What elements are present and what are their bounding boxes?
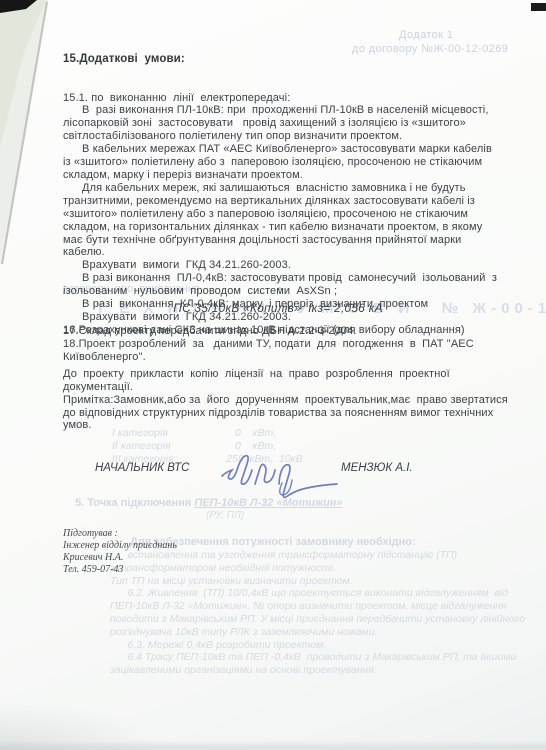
text-line: ізольованим нульовим проводом системи As… bbox=[63, 285, 503, 298]
section-15-heading: 15.Додаткові умови: bbox=[63, 53, 503, 66]
bleedthrough-point5-prefix: 5. Точка підключення bbox=[75, 497, 194, 509]
scanner-corner-black-mark bbox=[0, 0, 37, 13]
text-line: Врахувати вимоги ГКД 34.21.260-2003. bbox=[63, 259, 503, 272]
text-line: Тел. 459-07-43 bbox=[63, 564, 177, 576]
text-line: В кабельних мережах ПАТ «АЕС Київобленер… bbox=[63, 143, 503, 156]
text-line: роз'єднувача 10кВ типу РЛК з заземлюючим… bbox=[110, 626, 540, 639]
bleedthrough-connection-point: 5. Точка підключення ПЕП-10кВ Л-32 «Моти… bbox=[75, 497, 343, 509]
text-line: Тип ТП на місці установки визначити прое… bbox=[110, 575, 540, 588]
signer-name: МЕНЗЮК А.І. bbox=[341, 462, 413, 474]
bleedthrough-point5-sub: (РУ, ПЛ) bbox=[206, 510, 244, 521]
text-line: 6.4 Трасу ПЕП-10кВ та ПЕП -0,4кВ проводи… bbox=[110, 651, 540, 664]
scanner-background-corner bbox=[0, 0, 48, 266]
text-line: Київобленерго". bbox=[63, 351, 503, 364]
text-line: складом, на горизонтальних ділянках - ти… bbox=[63, 221, 503, 234]
text-line: 17.Склад проекту передбачити згідно ДБН … bbox=[63, 325, 503, 338]
text-line: В разі виконання ПЛ-10кВ: при проходженн… bbox=[63, 104, 503, 117]
text-line: має бути технічне обґрунтування доцільно… bbox=[63, 234, 503, 247]
text-line: Для кабельних мереж, які залишаються вла… bbox=[63, 182, 503, 195]
scanner-background-tint bbox=[0, 0, 46, 148]
text-line: 6.3. Мережі 0,4кВ розробити проектом. bbox=[110, 639, 540, 652]
text-line: транзитними, рекомендуємо на вертикальни… bbox=[63, 195, 503, 208]
note-lines: Примітка:Замовник,або за його дорученням… bbox=[63, 394, 508, 432]
text-line: погодити з Макарівським РП. У місці приє… bbox=[110, 613, 540, 626]
signer-position-title: НАЧАЛЬНИК ВТС bbox=[95, 462, 189, 474]
prepared-by-block: Підготував :Інженер відділу приєднаньКри… bbox=[63, 528, 177, 576]
text-line: до відповідних структурних підрозділів т… bbox=[63, 407, 508, 420]
bottom-left-paper-shadow bbox=[0, 704, 190, 750]
text-line: Примітка:Замовник,або за його дорученням… bbox=[63, 394, 508, 407]
text-line: лісопарковій зоні застосовувати провід з… bbox=[63, 117, 503, 130]
license-requirement-lines: До проекту прикласти копію ліцензії на п… bbox=[63, 368, 503, 393]
scanned-document-page: Додаток 1 до договору №Ж-00-12-0269 дого… bbox=[0, 0, 546, 750]
text-line: В разі виконання ПЛ-0,4кВ: застосовувати… bbox=[63, 272, 503, 285]
text-line: зацікавленими організаціями на основі пр… bbox=[110, 664, 540, 677]
text-line: Підготував : bbox=[63, 528, 177, 540]
text-line: ПЕП-10кВ Л-32 «Мотижин». № опори визначи… bbox=[110, 600, 540, 613]
bleedthrough-point5-line-name: ПЕП-10кВ Л-32 «Мотижин» bbox=[194, 497, 342, 509]
bottom-scan-shadow bbox=[0, 740, 546, 750]
paper-edge-diagonal bbox=[2, 2, 47, 264]
text-line: кабелю. bbox=[63, 246, 503, 259]
text-line: 6.2. Живлення (ТП) 10/0,4кВ що проектуєт… bbox=[110, 587, 540, 600]
substation-short-circuit-value: ПС 35/10кВ «Копилів» Ікз= 2,056 кА bbox=[63, 301, 493, 315]
text-line: До проекту прикласти копію ліцензії на п… bbox=[63, 368, 503, 381]
text-line: із «зшитого» поліетилену або з паперовою… bbox=[63, 156, 503, 169]
text-line: «зшитого» поліетилену або з паперовою із… bbox=[63, 208, 503, 221]
text-line: 15.1. по виконанню лінії електропередачі… bbox=[63, 92, 503, 105]
section-15-lines: 15.1. по виконанню лінії електропередачі… bbox=[63, 92, 503, 337]
text-line: документації. bbox=[63, 381, 503, 394]
handwritten-signature bbox=[218, 436, 346, 498]
text-line: світлостабілізованого поліетилену тип оп… bbox=[63, 130, 503, 143]
top-right-scan-mark bbox=[531, 3, 546, 11]
text-line: умов. bbox=[63, 419, 508, 432]
text-line: Крисевич Н.А. bbox=[63, 552, 177, 564]
text-line: 18.Проект розроблений за даними ТУ, пода… bbox=[63, 338, 503, 351]
text-line: складом, марку і переріз визначати проек… bbox=[63, 169, 503, 182]
text-line: Інженер відділу приєднань bbox=[63, 540, 177, 552]
project-requirements-lines: 17.Склад проекту передбачити згідно ДБН … bbox=[63, 325, 503, 364]
